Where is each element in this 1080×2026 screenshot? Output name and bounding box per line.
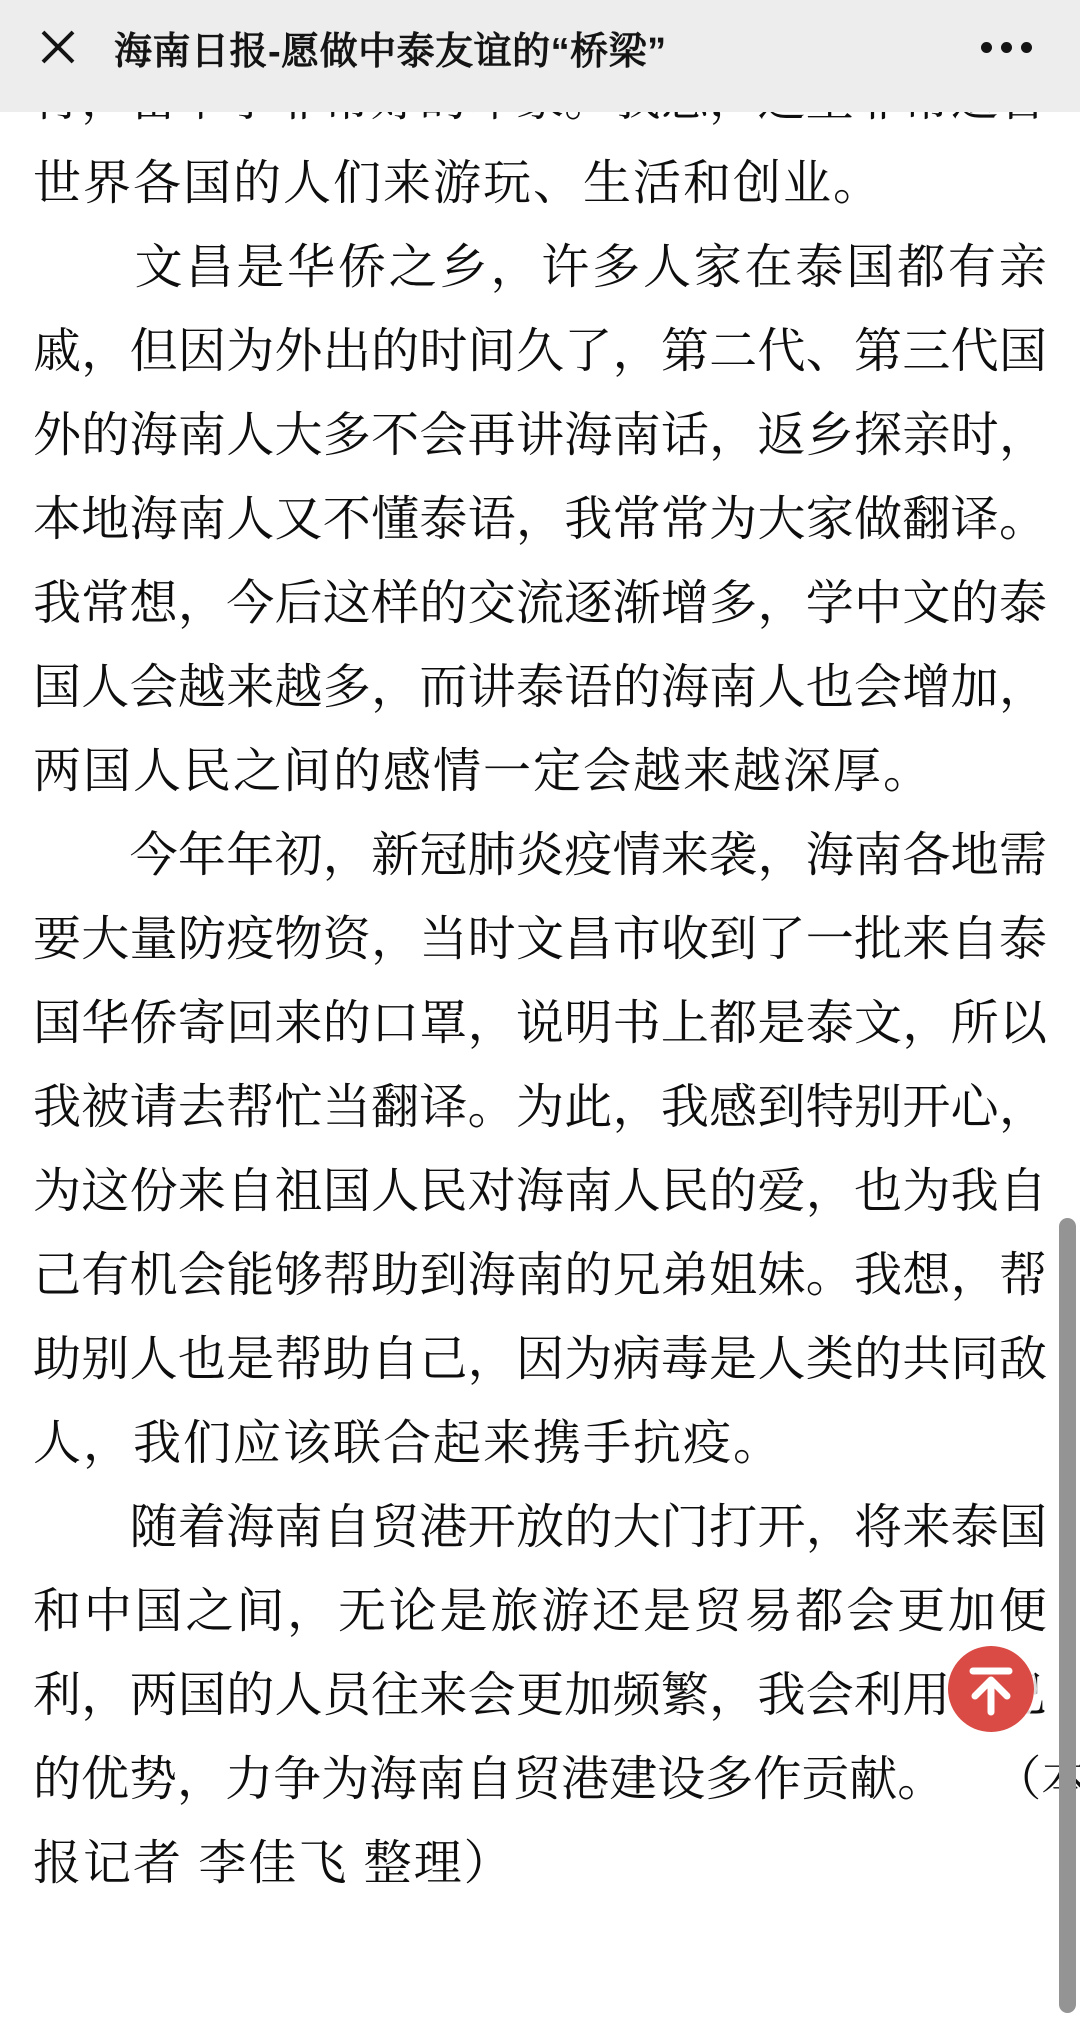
page-title: 海南日报-愿做中泰友谊的“桥梁” — [114, 20, 667, 75]
article-line: 外的海南人大多不会再讲海南话，返乡探亲时， — [33, 394, 1047, 478]
close-button[interactable] — [36, 25, 80, 69]
article-line: 助别人也是帮助自己，因为病毒是人类的共同敌 — [33, 1318, 1047, 1402]
article-paragraph: 文昌是华侨之乡，许多人家在泰国都有亲戚，但因为外出的时间久了，第二代、第三代国外… — [33, 226, 1047, 814]
article-paragraph: 今年年初，新冠肺炎疫情来袭，海南各地需要大量防疫物资，当时文昌市收到了一批来自泰… — [33, 814, 1047, 1486]
article-line: 报记者 李佳飞 整理） — [33, 1822, 1047, 1906]
more-button[interactable] — [979, 36, 1034, 59]
article-line: 国华侨寄回来的口罩，说明书上都是泰文，所以 — [33, 982, 1047, 1066]
article-line: 己有机会能够帮助到海南的兄弟姐妹。我想，帮 — [33, 1234, 1047, 1318]
article-line: 人，我们应该联合起来携手抗疫。 — [33, 1402, 1047, 1486]
article-paragraph: 随着海南自贸港开放的大门打开，将来泰国和中国之间，无论是旅游还是贸易都会更加便利… — [33, 1486, 1047, 1906]
article-line: 国人会越来越多，而讲泰语的海南人也会增加， — [33, 646, 1047, 730]
article-line: 我被请去帮忙当翻译。为此，我感到特别开心， — [33, 1066, 1047, 1150]
article-line: 文昌是华侨之乡，许多人家在泰国都有亲 — [33, 226, 1047, 310]
scrollbar-thumb[interactable] — [1059, 1218, 1076, 2013]
article-line: 我常想，今后这样的交流逐渐增多，学中文的泰 — [33, 562, 1047, 646]
article-line: 本地海南人又不懂泰语，我常常为大家做翻译。 — [33, 478, 1047, 562]
close-icon — [39, 28, 77, 66]
article-line: 戚，但因为外出的时间久了，第二代、第三代国 — [33, 310, 1047, 394]
article-line: 为这份来自祖国人民对海南人民的爱，也为我自 — [33, 1150, 1047, 1234]
article-body: 行，留下了非常好的印象。我想，这里非常适合世界各国的人们来游玩、生活和创业。 文… — [33, 58, 1047, 1906]
three-dots-icon — [981, 42, 1032, 53]
article-line: 和中国之间，无论是旅游还是贸易都会更加便 — [33, 1570, 1047, 1654]
article-line: 两国人民之间的感情一定会越来越深厚。 — [33, 730, 1047, 814]
article-line: 今年年初，新冠肺炎疫情来袭，海南各地需 — [33, 814, 1047, 898]
article-line: 利，两国的人员往来会更加频繁，我会利用自己 — [33, 1654, 1047, 1738]
article-line: 随着海南自贸港开放的大门打开，将来泰国 — [33, 1486, 1047, 1570]
article-line: 的优势，力争为海南自贸港建设多作贡献。 （本 — [33, 1738, 1047, 1822]
article-header: 海南日报-愿做中泰友谊的“桥梁” — [0, 0, 1080, 112]
back-to-top-icon — [948, 1646, 1034, 1732]
back-to-top-button[interactable] — [948, 1646, 1034, 1732]
article-line: 世界各国的人们来游玩、生活和创业。 — [33, 142, 1047, 226]
article-line: 要大量防疫物资，当时文昌市收到了一批来自泰 — [33, 898, 1047, 982]
